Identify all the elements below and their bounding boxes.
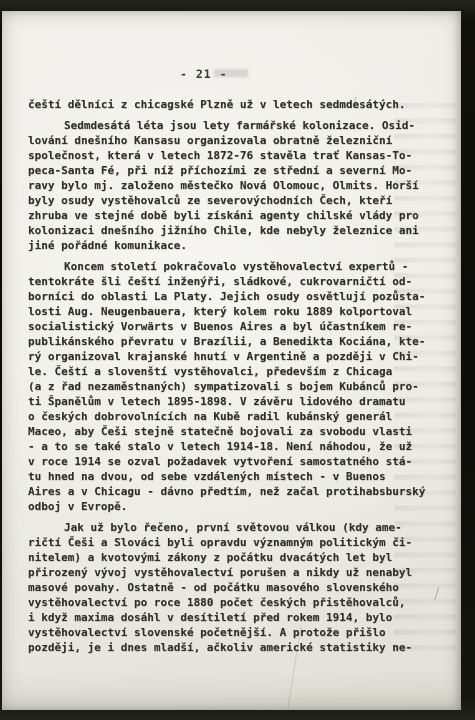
text-line: Sedmdesátá léta jsou lety farmářské kolo…: [28, 118, 446, 133]
text-line: jiné pořádné komunikace.: [28, 238, 446, 253]
text-line: byly osudy vystěhovalců ze severovýchodn…: [28, 193, 446, 208]
text-line: společnost, která v letech 1872-76 stavě…: [28, 148, 446, 163]
photo-frame: - 21 - čeští dělníci z chicagské Plzně u…: [0, 0, 475, 720]
text-line: nitelem) a kvotovými zákony z počátku dv…: [28, 550, 446, 565]
text-line: později, je i dnes mladší, ačkoliv ameri…: [28, 640, 446, 655]
text-line: zhruba ve stejné době byli získáni agent…: [28, 208, 446, 223]
text-line: Maceo, aby Češi stejně statečně bojovali…: [28, 424, 446, 439]
page-number: - 21 -: [180, 67, 228, 81]
text-line: rý organizoval krajanské hnutí v Argenti…: [28, 349, 446, 364]
text-line: socialistický Vorwärts v Buenos Aires a …: [28, 319, 446, 334]
text-line: ravy bylo mj. založeno městečko Nová Olo…: [28, 178, 446, 193]
text-line: publikánského převratu v Brazílii, a Ben…: [28, 334, 446, 349]
text-line: v roce 1914 se ozval požadavek vytvoření…: [28, 454, 446, 469]
text-line: Koncem století pokračovalo vystěhovalect…: [28, 259, 446, 274]
text-line: Jak už bylo řečeno, první světovou válko…: [28, 520, 446, 535]
paragraph: čeští dělníci z chicagské Plzně už v let…: [28, 97, 446, 112]
paragraph: Koncem století pokračovalo vystěhovalect…: [28, 259, 446, 514]
text-line: losti Aug. Neugenbauera, který kolem rok…: [28, 304, 446, 319]
text-line: - a to se také stalo v letech 1914-18. N…: [28, 439, 446, 454]
text-line: lování dnešního Kansasu organizovala obr…: [28, 133, 446, 148]
text-line: Aires a v Chicagu - dávno předtím, než z…: [28, 484, 446, 499]
text-line: masové povahy. Ostatně - od počátku maso…: [28, 580, 446, 595]
text-line: ti Španělům v letech 1895-1898. V závěru…: [28, 394, 446, 409]
text-line: i když maxima dosáhl v desítiletí před r…: [28, 610, 446, 625]
paragraph: Sedmdesátá léta jsou lety farmářské kolo…: [28, 118, 446, 253]
text-line: peca-Santa Fé, při níž příchozími ze stř…: [28, 163, 446, 178]
text-line: přirozený vývoj vystěhovalectví porušen …: [28, 565, 446, 580]
text-line: odboj v Evropě.: [28, 499, 446, 514]
text-line: tu hned na dvou, od sebe vzdálených míst…: [28, 469, 446, 484]
text-line: vystěhovalectví slovenské početnější. A …: [28, 625, 446, 640]
text-line: o českých dobrovolnících na Kubě radil k…: [28, 409, 446, 424]
paragraph: Jak už bylo řečeno, první světovou válko…: [28, 520, 446, 655]
paper-shading: [2, 670, 461, 710]
text-line: tentokráte šli čeští inženýři, sládkové,…: [28, 274, 446, 289]
text-line: le. Čeští a slovenští vystěhovalci, před…: [28, 364, 446, 379]
text-line: (a z řad nezaměstnaných) sympatizovali s…: [28, 379, 446, 394]
text-line: vystěhovalectví po roce 1880 počet český…: [28, 595, 446, 610]
text-block: čeští dělníci z chicagské Plzně už v let…: [28, 97, 446, 661]
text-line: borníci do oblasti La Platy. Jejich osud…: [28, 289, 446, 304]
text-line: ričtí Češi a Slováci byli opravdu význam…: [28, 535, 446, 550]
text-line: čeští dělníci z chicagské Plzně už v let…: [28, 97, 446, 112]
scanned-page: - 21 - čeští dělníci z chicagské Plzně u…: [2, 11, 461, 710]
text-line: kolonizaci dnešního jižního Chile, kde n…: [28, 223, 446, 238]
